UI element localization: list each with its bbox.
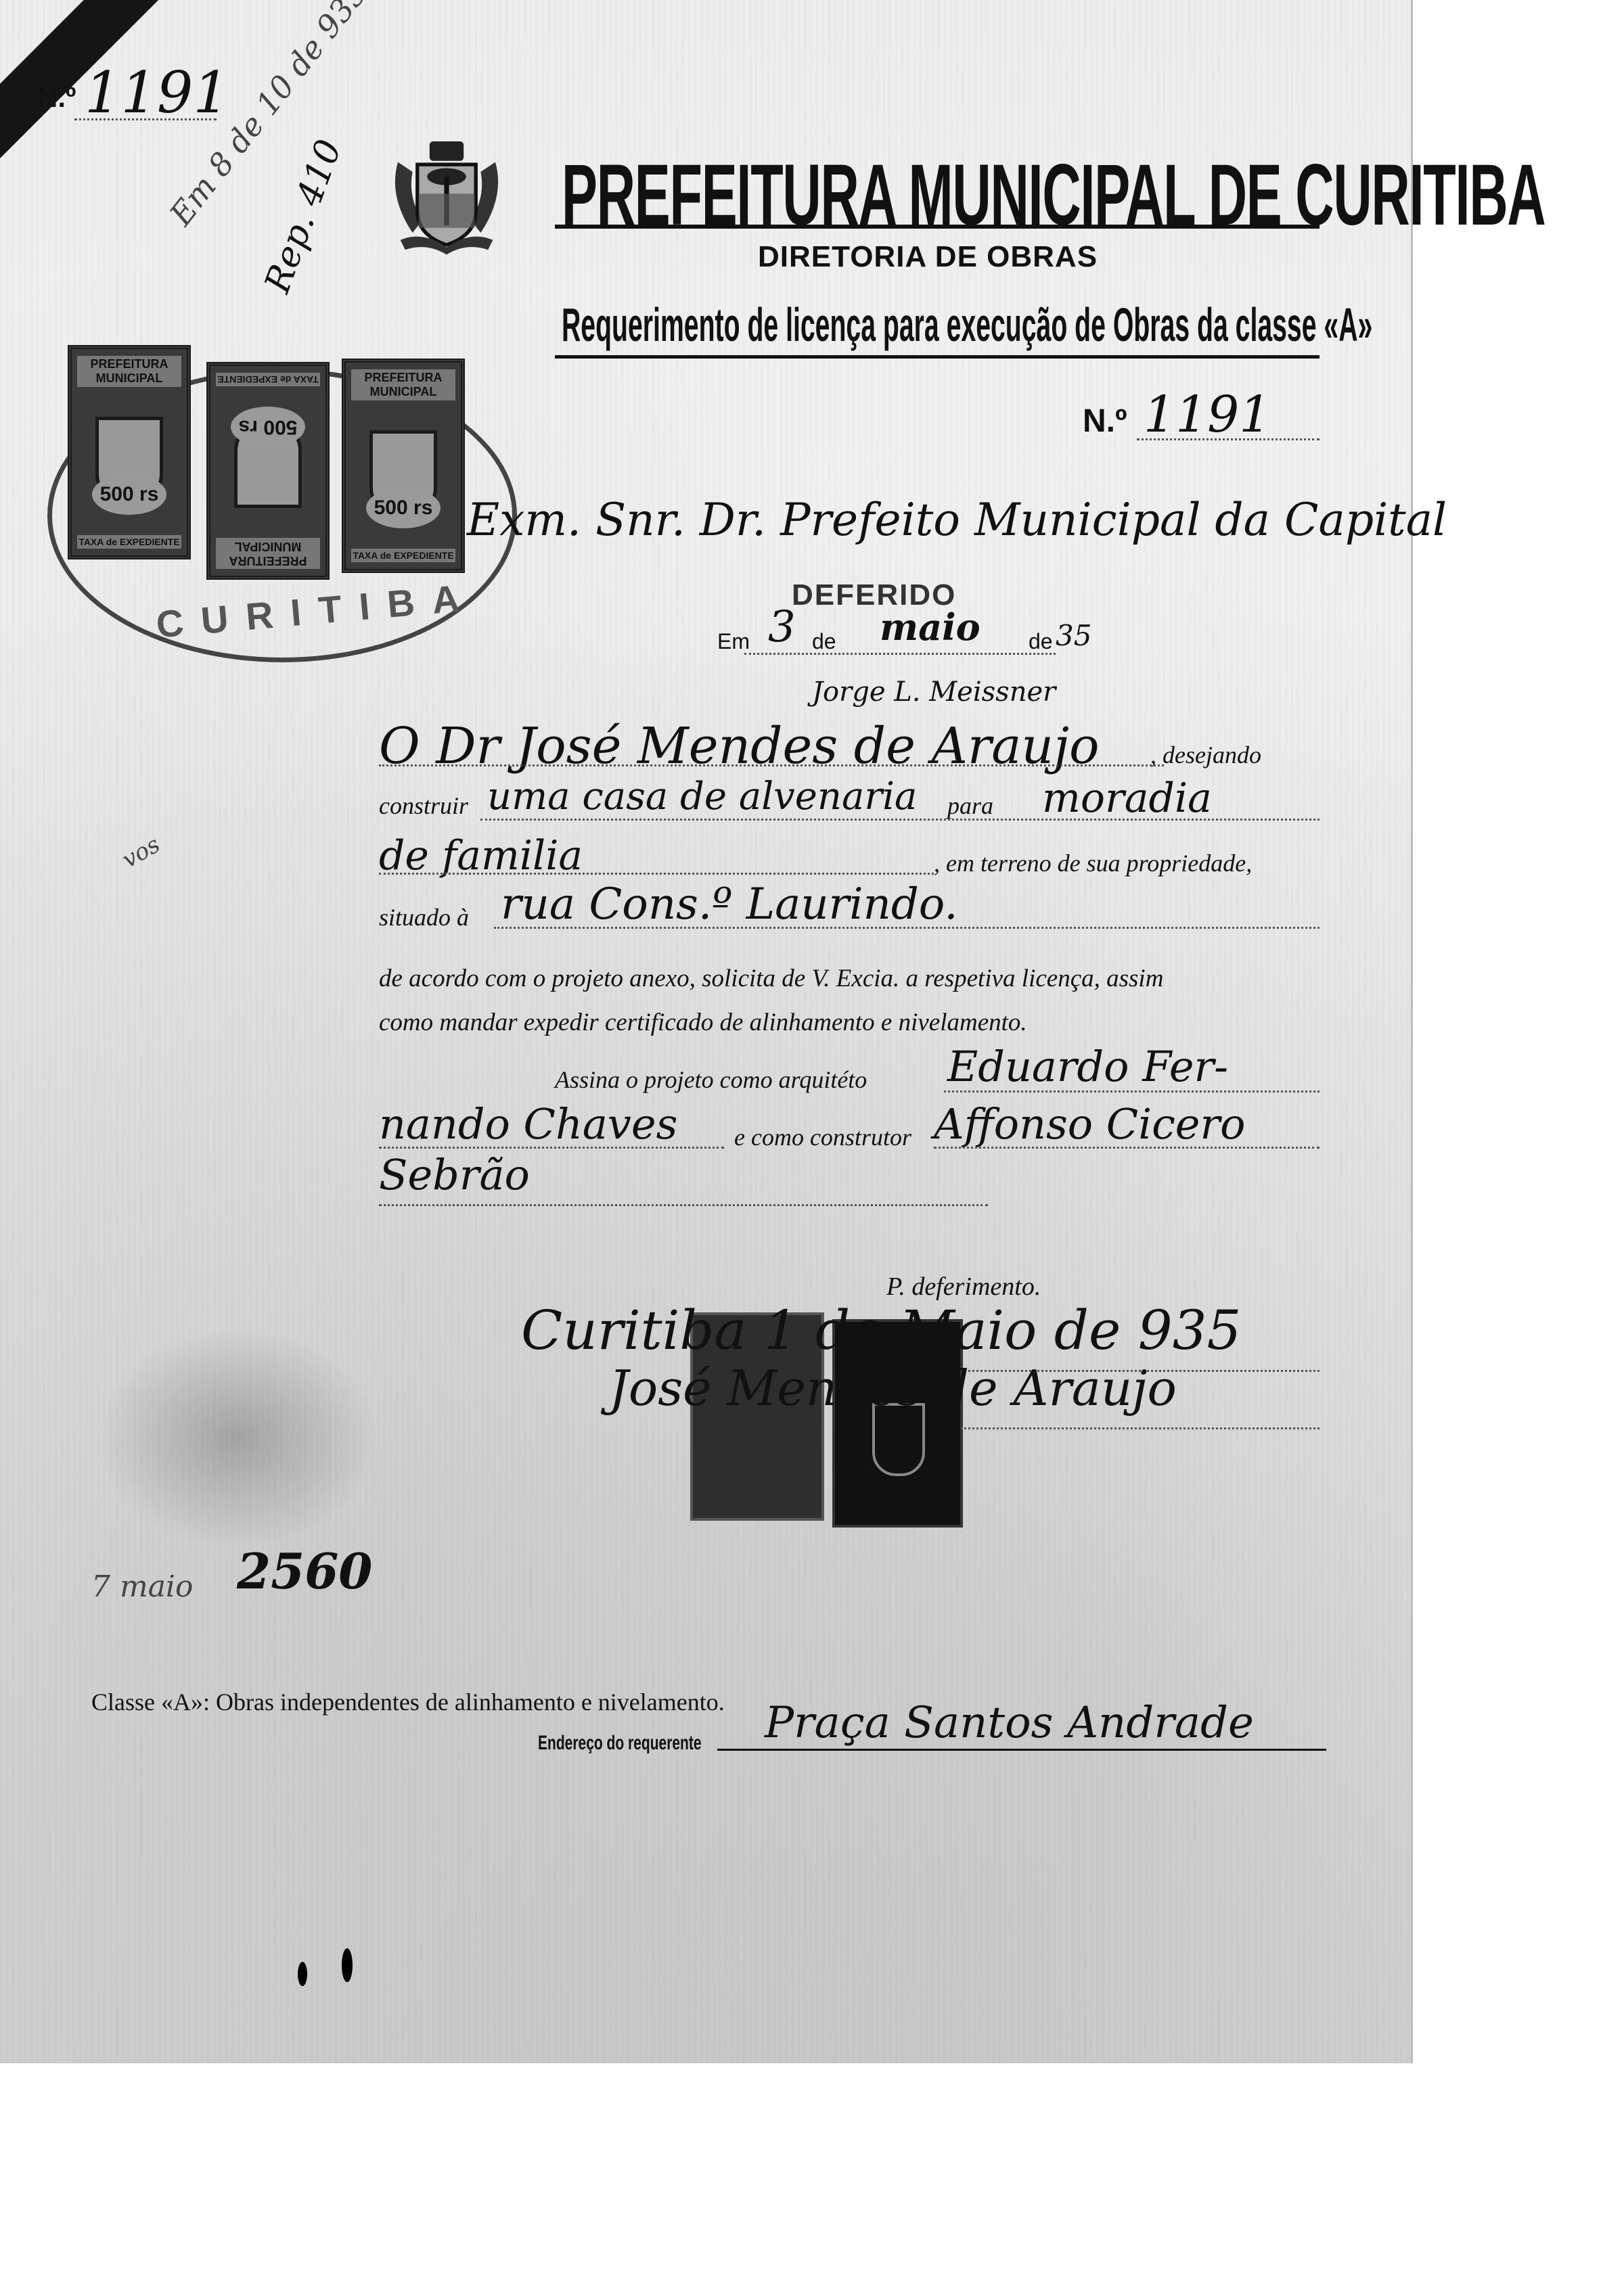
request-paragraph-2: como mandar expedir certificado de alinh… (379, 1008, 1027, 1037)
builder-name-1: Affonso Cicero (934, 1099, 1245, 1149)
form-title: Requerimento de licença para execução de… (562, 298, 1372, 352)
registry-number-line (74, 118, 217, 120)
form-number-line (1137, 438, 1319, 440)
architect-label: Assina o projeto como arquitéto (555, 1065, 867, 1094)
construir-line (480, 819, 1319, 821)
signature-line-1: Curitiba 1 de Maio de 935 (521, 1299, 1241, 1362)
architect-name-1: Eduardo Fer- (947, 1042, 1228, 1091)
construction-object: uma casa de alvenaria (487, 775, 917, 819)
address-line (717, 1749, 1326, 1751)
receipt-note: 7 maio (91, 1569, 194, 1604)
class-note: Classe «A»: Obras independentes de alinh… (91, 1688, 725, 1716)
builder-line (934, 1147, 1319, 1149)
stamp-footer: TAXA de EXPEDIENTE (77, 535, 181, 549)
approval-date-prefix: Em (717, 629, 750, 654)
location-line (494, 927, 1319, 929)
stamp-value: 500 rs (366, 488, 441, 528)
approval-de-1: de (812, 629, 836, 654)
page-title: PREFEITURA MUNICIPAL DE CURITIBA (562, 145, 1545, 245)
approval-date-line (744, 653, 1056, 655)
situado-label: situado à (379, 903, 469, 932)
request-paragraph-1: de acordo com o projeto anexo, solicita … (379, 964, 1163, 993)
construction-location: rua Cons.º Laurindo. (501, 879, 958, 929)
applicant-line (379, 764, 1164, 766)
architect-line (944, 1090, 1319, 1093)
approval-signature: Jorge L. Meissner (812, 676, 1056, 708)
stamp-value: 500 rs (92, 474, 166, 515)
applicant-suffix: , desejando (1150, 741, 1261, 769)
address-label: Endereço do requerente (538, 1732, 702, 1755)
construction-purpose-1: moradia (1042, 775, 1212, 822)
faded-receipt-stamp (95, 1326, 379, 1549)
architect-line-2 (379, 1147, 724, 1149)
form-title-underline (555, 355, 1319, 359)
approval-year: 35 (1056, 619, 1091, 652)
signature-line-rule-2 (961, 1427, 1319, 1429)
stamp-header: PREFEITURA MUNICIPAL (351, 369, 455, 400)
document-page: N.º 1191 Em 8 de 10 de 935 Rep. 410 PREF… (0, 0, 1413, 2063)
stamp-footer: TAXA de EXPEDIENTE (351, 549, 455, 562)
construir-label: construir (379, 791, 468, 820)
stamp-value: 500 rs (231, 407, 305, 447)
fiscal-stamp-3: PREFEITURA MUNICIPAL 500 rs TAXA de EXPE… (342, 359, 465, 573)
coat-of-arms-icon (386, 135, 507, 257)
builder-line-2 (379, 1204, 988, 1206)
builder-name-2: Sebrão (379, 1150, 530, 1199)
fiscal-stamp-1: PREFEITURA MUNICIPAL 500 rs TAXA de EXPE… (68, 345, 191, 559)
approval-de-2: de (1029, 629, 1053, 654)
stamp-footer: TAXA de EXPEDIENTE (216, 373, 320, 386)
approval-day: 3 (768, 602, 796, 652)
applicant-name: O Dr José Mendes de Araujo (379, 717, 1100, 775)
builder-label: e como construtor (734, 1123, 911, 1151)
title-underline (555, 225, 1319, 229)
approval-month: maio (880, 605, 980, 649)
terrain-text: , em terreno de sua propriedade, (934, 849, 1252, 877)
signature-line-2: José Mendes de Araujo (609, 1360, 1177, 1417)
purpose-line (379, 873, 934, 875)
para-label: para (947, 791, 993, 820)
registry-number-handwritten: 1191 (85, 60, 229, 126)
diagonal-note: Rep. 410 (257, 135, 350, 298)
address-value: Praça Santos Andrade (765, 1698, 1254, 1748)
receipt-number: 2560 (237, 1542, 372, 1600)
form-number-value: 1191 (1144, 386, 1271, 444)
stamp-header: PREFEITURA MUNICIPAL (216, 538, 320, 569)
registry-number-label: N.º (37, 81, 76, 114)
stamp-header: PREFEITURA MUNICIPAL (77, 356, 181, 387)
department-name: DIRETORIA DE OBRAS (758, 240, 1098, 274)
p-deferimento: P. deferimento. (886, 1272, 1041, 1302)
form-number-label: N.º (1083, 403, 1127, 440)
fiscal-stamp-2: PREFEITURA MUNICIPAL 500 rs TAXA de EXPE… (206, 362, 330, 580)
ink-spot (298, 1962, 307, 1986)
architect-name-2: nando Chaves (379, 1099, 677, 1149)
margin-note: vos (118, 831, 164, 873)
ink-spot (342, 1948, 353, 1982)
salutation: Exm. Snr. Dr. Prefeito Municipal da Capi… (467, 494, 1447, 546)
